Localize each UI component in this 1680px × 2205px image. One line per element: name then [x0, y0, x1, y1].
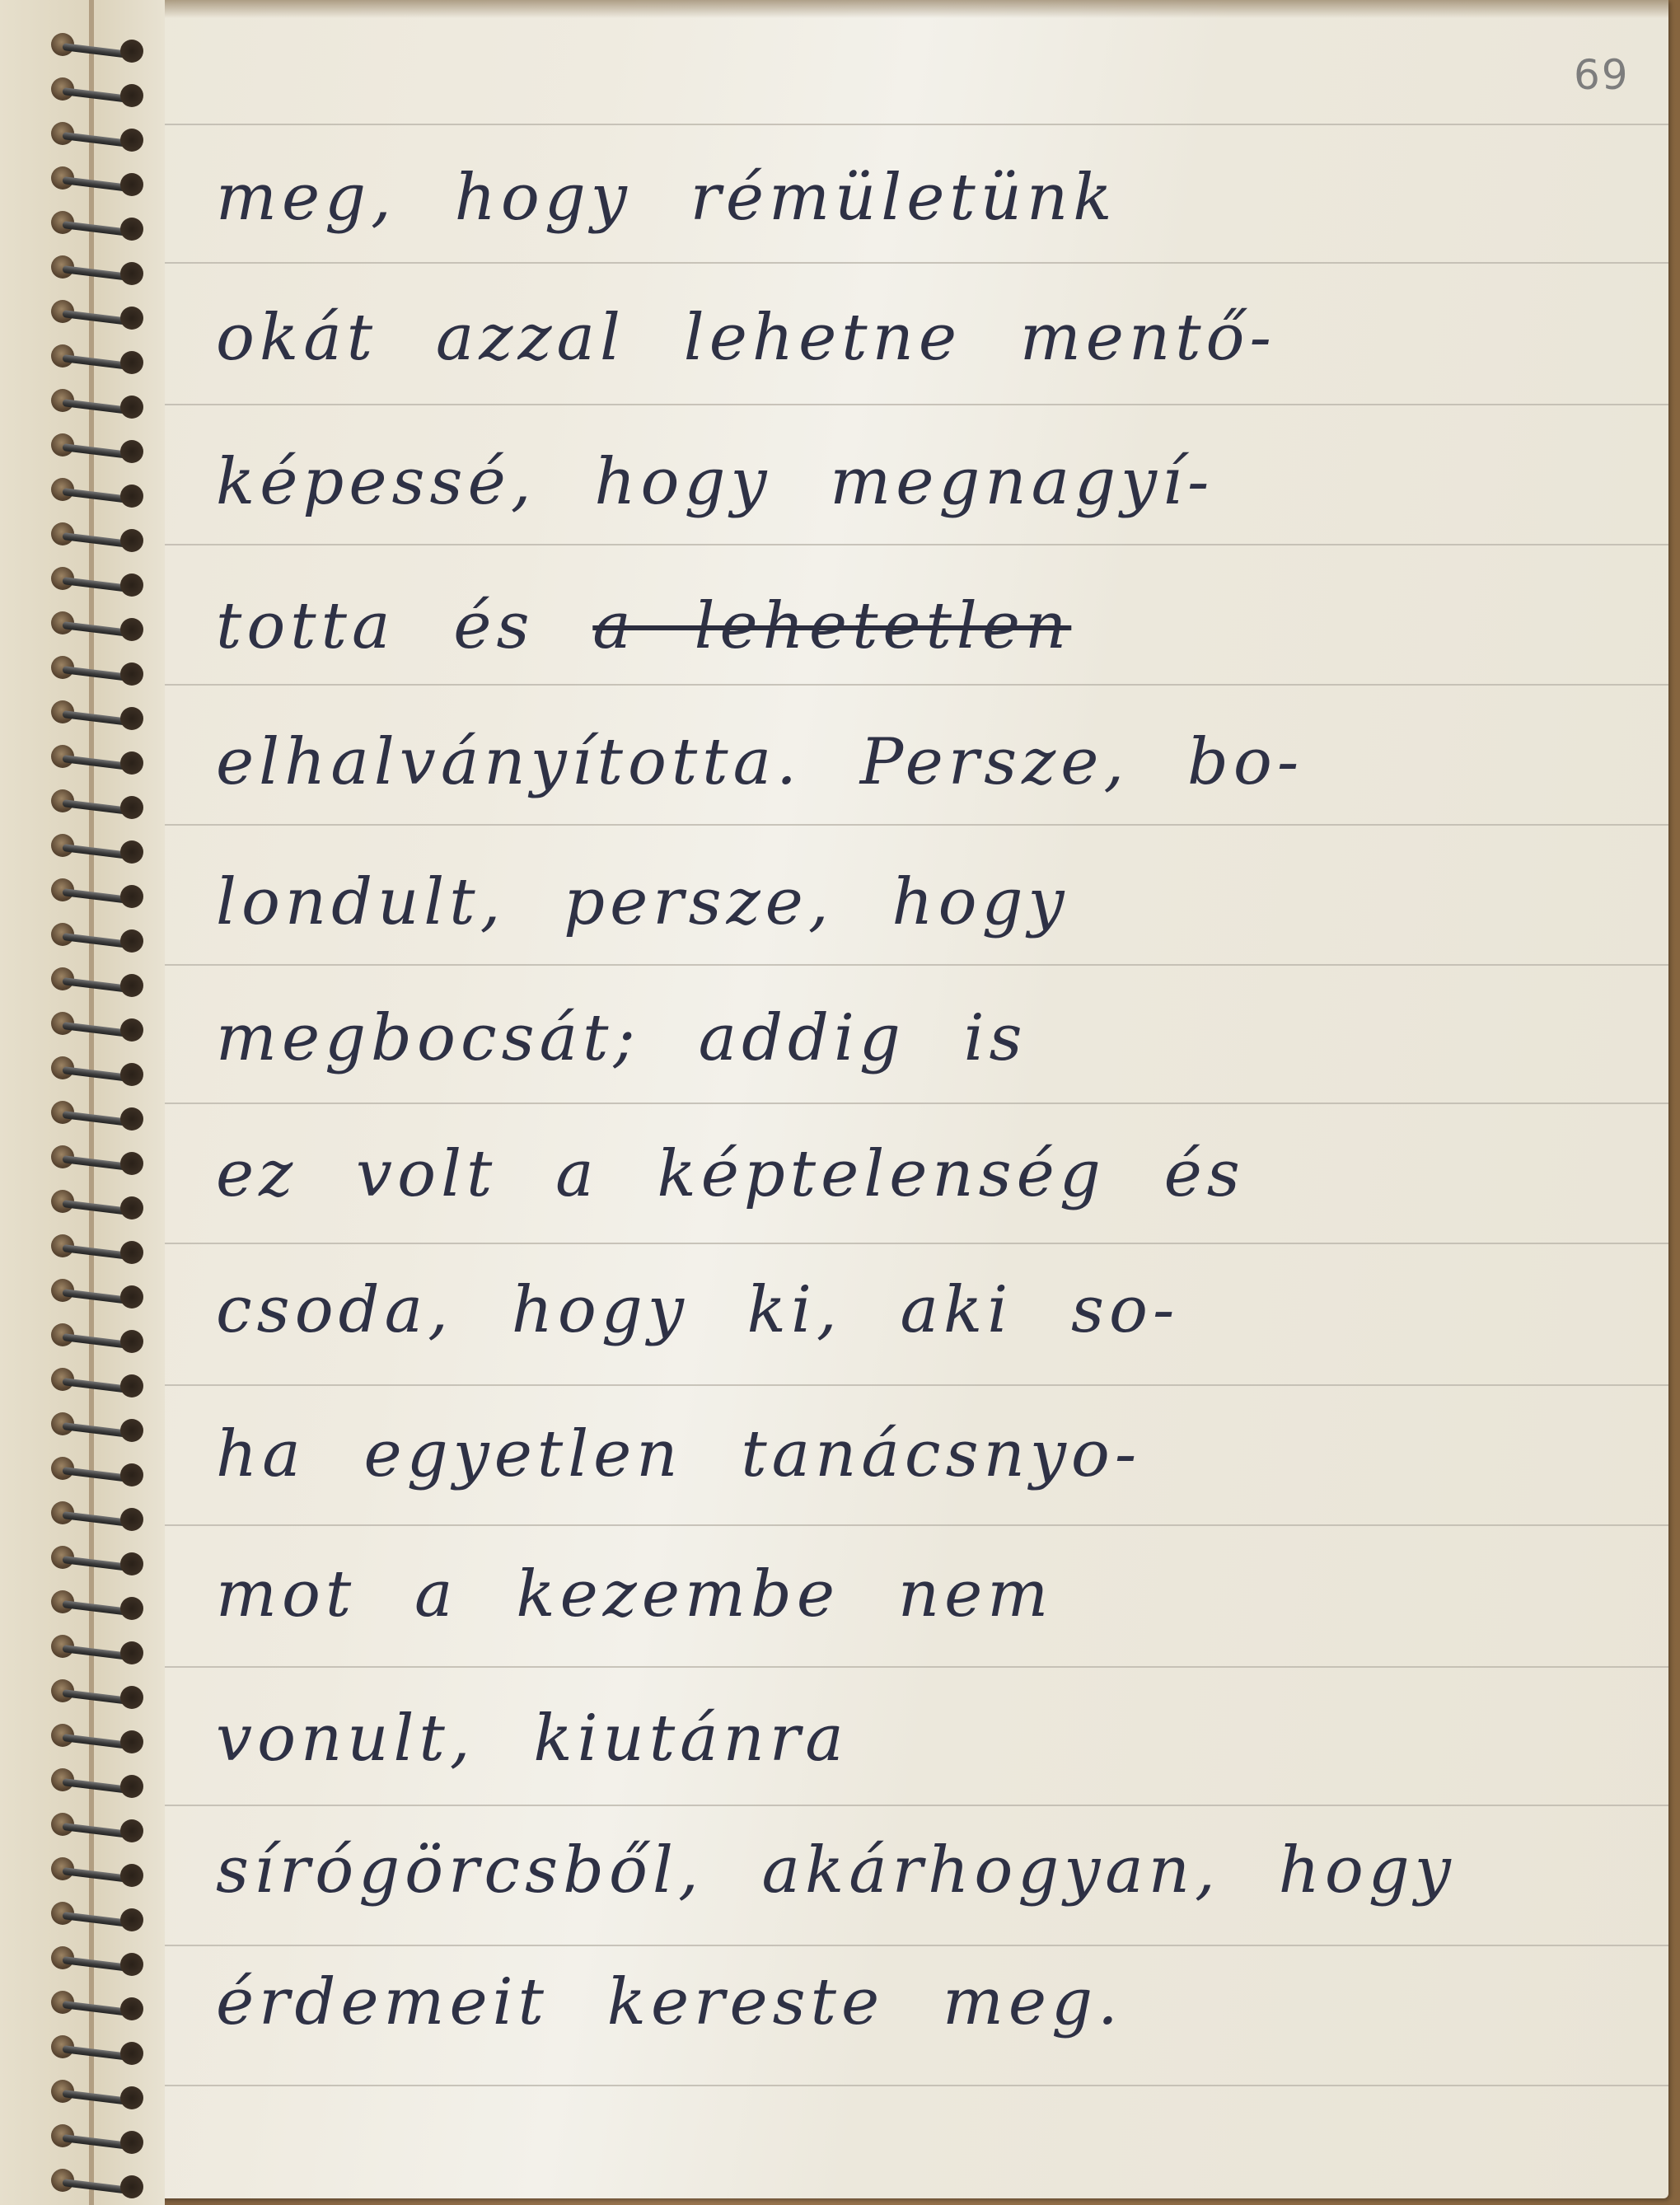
- punch-hole: [120, 129, 143, 152]
- spiral-ring: [51, 832, 142, 860]
- page-number: 69: [1574, 51, 1630, 99]
- punch-hole: [120, 885, 143, 908]
- handwritten-line-10: ha egyetlen tanácsnyo-: [216, 1417, 1141, 1541]
- punch-hole: [120, 796, 143, 819]
- handwritten-line-11: mot a kezembe nem: [216, 1557, 1053, 1681]
- punch-hole: [120, 1152, 143, 1175]
- punch-hole: [120, 1285, 143, 1308]
- punch-hole: [120, 1063, 143, 1086]
- handwritten-line-1: meg, hogy rémületünk: [216, 161, 1116, 284]
- punch-hole: [120, 529, 143, 552]
- punch-hole: [120, 218, 143, 241]
- spiral-ring: [51, 1811, 142, 1839]
- spiral-ring: [51, 1277, 142, 1305]
- punch-hole: [120, 1908, 143, 1931]
- handwritten-line-2: okát azzal lehetne mentő-: [216, 301, 1276, 424]
- punch-hole: [120, 84, 143, 107]
- handwritten-line-14: érdemeit kereste meg.: [216, 1965, 1123, 2089]
- punch-hole: [120, 929, 143, 953]
- spiral-ring: [51, 1678, 142, 1706]
- punch-hole: [120, 840, 143, 864]
- spiral-ring: [51, 1544, 142, 1572]
- punch-hole: [120, 618, 143, 641]
- page-top-shadow: [0, 0, 1668, 18]
- struck-through-word: a lehetetlen: [592, 589, 1071, 663]
- punch-hole: [120, 1018, 143, 1042]
- spiral-ring: [51, 1055, 142, 1083]
- punch-hole: [120, 1508, 143, 1531]
- spiral-ring: [51, 1188, 142, 1216]
- punch-hole: [120, 1330, 143, 1353]
- punch-hole: [120, 1419, 143, 1442]
- spiral-ring: [51, 1900, 142, 1928]
- punch-hole: [120, 1864, 143, 1887]
- spiral-binding: [0, 0, 165, 2205]
- spiral-ring: [51, 1366, 142, 1394]
- spiral-ring: [51, 2167, 142, 2195]
- spiral-ring: [51, 1144, 142, 1172]
- punch-hole: [120, 307, 143, 330]
- spiral-ring: [51, 1589, 142, 1617]
- spiral-ring: [51, 877, 142, 905]
- punch-hole: [120, 40, 143, 63]
- spiral-ring: [51, 1233, 142, 1261]
- punch-hole: [120, 1819, 143, 1842]
- handwritten-line-13: sírógörcsből, akárhogyan, hogy: [216, 1833, 1456, 1957]
- punch-hole: [120, 1374, 143, 1397]
- handwritten-line-6: londult, persze, hogy: [216, 865, 1069, 989]
- spiral-ring: [51, 387, 142, 415]
- punch-hole: [120, 1196, 143, 1220]
- punch-hole: [120, 351, 143, 374]
- spiral-ring: [51, 1500, 142, 1528]
- spiral-ring: [51, 610, 142, 638]
- punch-hole: [120, 396, 143, 419]
- line-4-text: totta és: [216, 589, 534, 663]
- punch-hole: [120, 1730, 143, 1753]
- spiral-ring: [51, 966, 142, 994]
- punch-hole: [120, 2086, 143, 2109]
- punch-hole: [120, 1641, 143, 1664]
- spiral-ring: [51, 343, 142, 371]
- punch-hole: [120, 1107, 143, 1131]
- spiral-ring: [51, 788, 142, 816]
- handwritten-line-7: megbocsát; addig is: [216, 1001, 1027, 1125]
- punch-hole: [120, 1597, 143, 1620]
- spiral-ring: [51, 654, 142, 682]
- punch-hole: [120, 173, 143, 196]
- handwritten-line-5: elhalványította. Persze, bo-: [216, 725, 1303, 849]
- spiral-ring: [51, 1722, 142, 1750]
- spiral-ring: [51, 1945, 142, 1973]
- punch-hole: [120, 707, 143, 730]
- spiral-ring: [51, 1455, 142, 1483]
- spiral-ring: [51, 254, 142, 282]
- spiral-ring: [51, 1322, 142, 1350]
- punch-hole: [120, 2175, 143, 2198]
- spiral-ring: [51, 565, 142, 593]
- punch-hole: [120, 662, 143, 686]
- spiral-ring: [51, 31, 142, 59]
- spiral-ring: [51, 2034, 142, 2062]
- punch-hole: [120, 2042, 143, 2065]
- punch-hole: [120, 485, 143, 508]
- handwritten-line-4: totta és a lehetetlen: [216, 589, 1071, 713]
- spiral-ring: [51, 120, 142, 148]
- punch-hole: [120, 974, 143, 997]
- spiral-ring: [51, 476, 142, 504]
- spiral-ring: [51, 432, 142, 460]
- spiral-ring: [51, 521, 142, 549]
- spiral-ring: [51, 1989, 142, 2017]
- spiral-ring: [51, 699, 142, 727]
- punch-hole: [120, 1997, 143, 2020]
- spiral-ring: [51, 921, 142, 949]
- spiral-ring: [51, 743, 142, 771]
- spiral-ring: [51, 1767, 142, 1795]
- spiral-ring: [51, 298, 142, 326]
- spiral-ring: [51, 2078, 142, 2106]
- spiral-ring: [51, 209, 142, 237]
- spiral-ring: [51, 1411, 142, 1439]
- punch-hole: [120, 440, 143, 463]
- spiral-ring: [51, 1010, 142, 1038]
- punch-hole: [120, 2131, 143, 2154]
- ruled-line: [165, 124, 1668, 125]
- spiral-ring: [51, 165, 142, 193]
- spiral-ring: [51, 2123, 142, 2151]
- punch-hole: [120, 1686, 143, 1709]
- handwritten-line-8: ez volt a képtelenség és: [216, 1137, 1245, 1261]
- punch-hole: [120, 1552, 143, 1575]
- punch-hole: [120, 1241, 143, 1264]
- punch-hole: [120, 751, 143, 775]
- punch-hole: [120, 262, 143, 285]
- punch-hole: [120, 1775, 143, 1798]
- spiral-ring: [51, 1856, 142, 1884]
- punch-hole: [120, 1463, 143, 1486]
- spiral-ring: [51, 1633, 142, 1661]
- spiral-ring: [51, 1099, 142, 1127]
- punch-hole: [120, 1953, 143, 1976]
- punch-hole: [120, 573, 143, 597]
- handwritten-line-9: csoda, hogy ki, aki so-: [216, 1273, 1179, 1397]
- handwritten-line-3: képessé, hogy megnagyí-: [216, 445, 1214, 569]
- handwritten-line-12: vonult, kiutánra: [216, 1702, 849, 1825]
- spiral-ring: [51, 76, 142, 104]
